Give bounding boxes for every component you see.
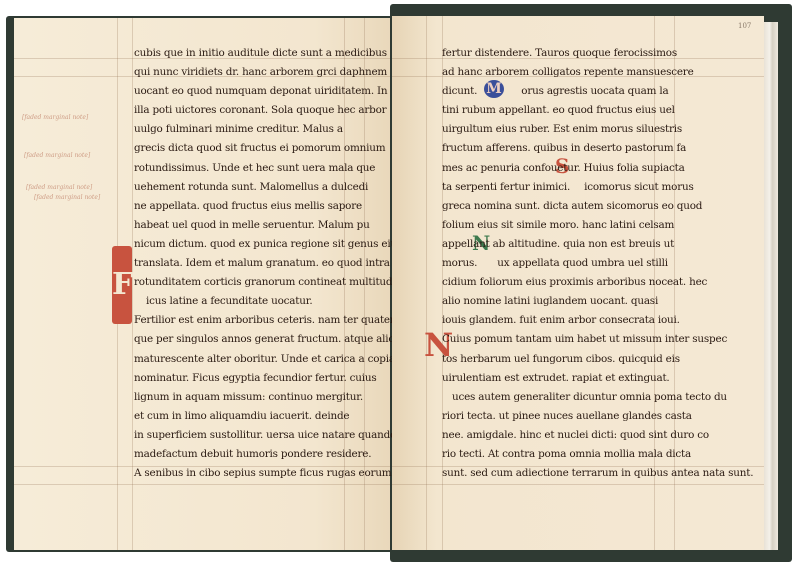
decorated-initial-f: F <box>112 246 132 324</box>
margin-note: [faded marginal note] <box>26 184 92 191</box>
page-edges <box>764 22 778 550</box>
margin-note: [faded marginal note] <box>22 114 88 121</box>
decorated-initial-n-large: N <box>424 320 442 380</box>
left-page: [faded marginal note] [faded marginal no… <box>14 18 390 550</box>
right-page: 107 M S N N fertur distendere. Tauros qu… <box>392 16 764 550</box>
manuscript-photo: [faded marginal note] [faded marginal no… <box>0 0 800 568</box>
margin-note: [faded marginal note] <box>34 194 100 201</box>
margin-note: [faded marginal note] <box>24 152 90 159</box>
right-page-text: fertur distendere. Tauros quoque ferocis… <box>442 44 753 483</box>
folio-number: 107 <box>738 22 751 30</box>
left-page-text: cubis que in initio auditule dicte sunt … <box>134 44 411 483</box>
